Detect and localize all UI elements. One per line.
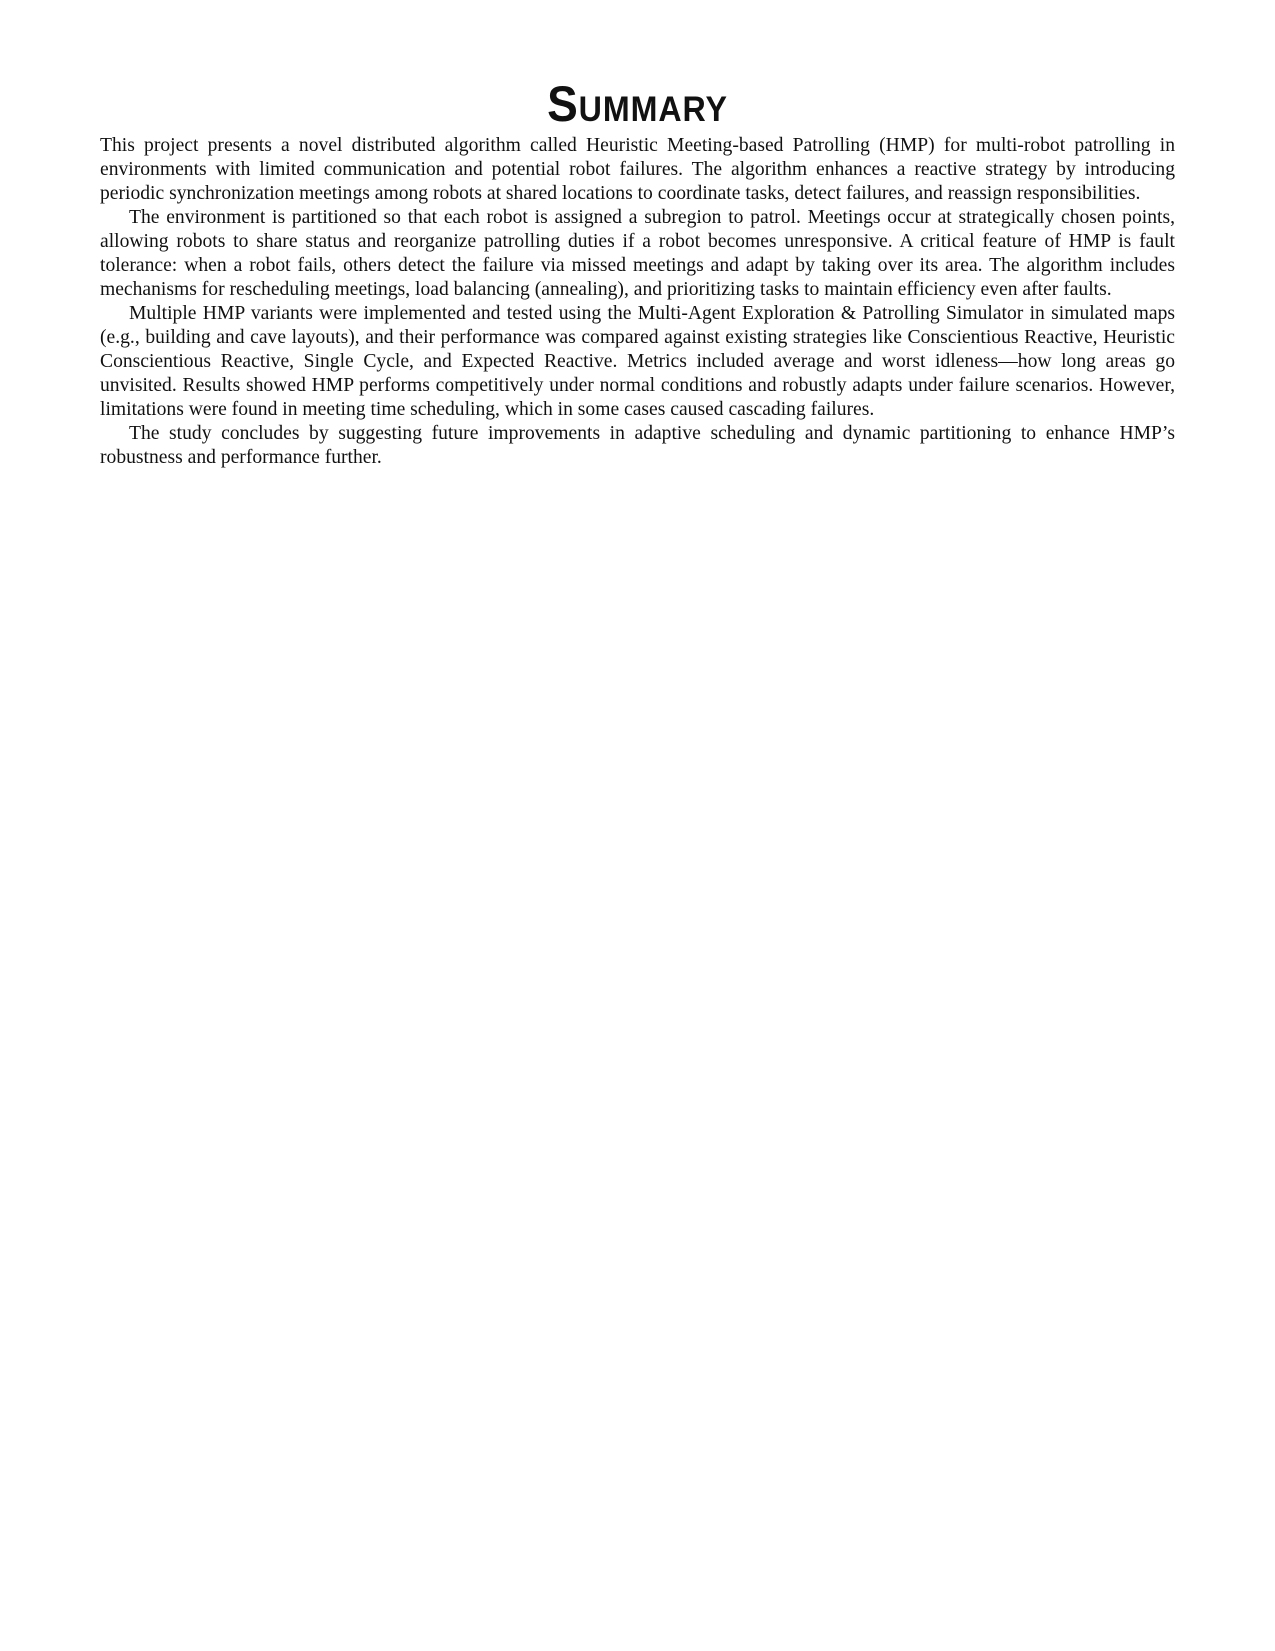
document-page: Summary This project presents a novel di… — [100, 76, 1175, 470]
section-title: Summary — [143, 76, 1132, 132]
summary-body: This project presents a novel distribute… — [100, 134, 1175, 470]
paragraph-intro: This project presents a novel distribute… — [100, 134, 1175, 206]
paragraph-conclusion: The study concludes by suggesting future… — [100, 422, 1175, 470]
paragraph-partitioning: The environment is partitioned so that e… — [100, 206, 1175, 302]
paragraph-evaluation: Multiple HMP variants were implemented a… — [100, 302, 1175, 422]
